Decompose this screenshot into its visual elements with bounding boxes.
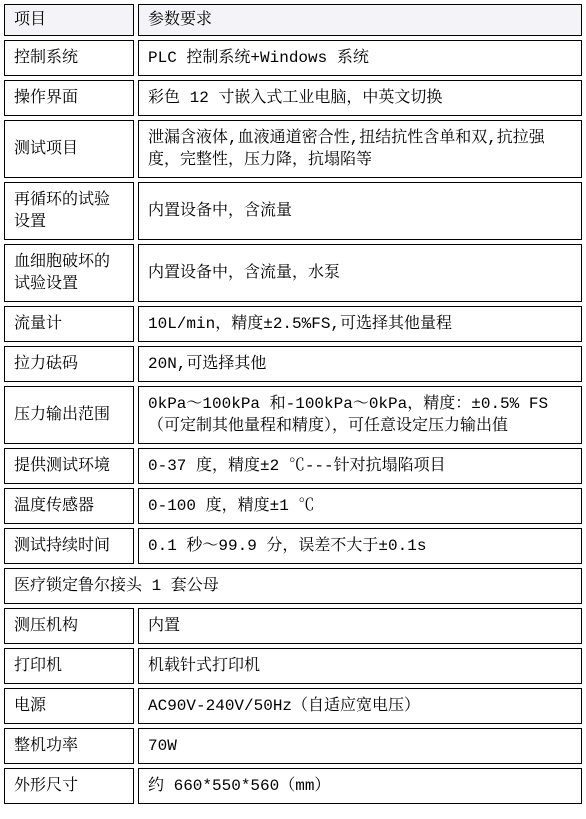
table-row: 血细胞破坏的试验设置 内置设备中，含流量，水泵 [4,244,582,302]
value-cell: 约 660*550*560（mm） [138,768,582,804]
item-cell: 流量计 [4,306,134,342]
item-cell: 操作界面 [4,80,134,116]
table-row: 操作界面 彩色 12 寸嵌入式工业电脑，中英文切换 [4,80,582,116]
table-row: 打印机 机载针式打印机 [4,648,582,684]
full-width-cell: 医疗锁定鲁尔接头 1 套公母 [4,568,582,604]
value-cell: 内置 [138,608,582,644]
table-row: 流量计 10L/min，精度±2.5%FS,可选择其他量程 [4,306,582,342]
table-row: 温度传感器 0-100 度，精度±1 ℃ [4,488,582,524]
value-cell: 0.1 秒～99.9 分，误差不大于±0.1s [138,528,582,564]
value-cell: 0-37 度，精度±2 ℃---针对抗塌陷项目 [138,448,582,484]
value-cell: 10L/min，精度±2.5%FS,可选择其他量程 [138,306,582,342]
item-cell: 拉力砝码 [4,346,134,382]
table-row: 提供测试环境 0-37 度，精度±2 ℃---针对抗塌陷项目 [4,448,582,484]
value-cell: 泄漏含液体,血液通道密合性,扭结抗性含单和双,抗拉强度，完整性，压力降，抗塌陷等 [138,120,582,178]
item-cell: 整机功率 [4,728,134,764]
item-cell: 电源 [4,688,134,724]
value-cell: 20N,可选择其他 [138,346,582,382]
table-row: 压力输出范围 0kPa～100kPa 和-100kPa～0kPa，精度：±0.5… [4,386,582,444]
item-cell: 压力输出范围 [4,386,134,444]
table-row: 再循环的试验设置 内置设备中，含流量 [4,182,582,240]
value-cell: 彩色 12 寸嵌入式工业电脑，中英文切换 [138,80,582,116]
item-cell: 温度传感器 [4,488,134,524]
table-row: 测压机构 内置 [4,608,582,644]
value-cell: 内置设备中，含流量 [138,182,582,240]
table-row: 控制系统 PLC 控制系统+Windows 系统 [4,40,582,76]
table-row: 拉力砝码 20N,可选择其他 [4,346,582,382]
item-cell: 打印机 [4,648,134,684]
header-item-cell: 项目 [4,4,134,36]
table-row: 整机功率 70W [4,728,582,764]
spec-table: 项目 参数要求 控制系统 PLC 控制系统+Windows 系统 操作界面 彩色… [0,0,586,808]
item-cell: 提供测试环境 [4,448,134,484]
table-row: 外形尺寸 约 660*550*560（mm） [4,768,582,804]
item-cell: 测压机构 [4,608,134,644]
item-cell: 测试持续时间 [4,528,134,564]
value-cell: PLC 控制系统+Windows 系统 [138,40,582,76]
header-row: 项目 参数要求 [4,4,582,36]
value-cell: 70W [138,728,582,764]
header-value-cell: 参数要求 [138,4,582,36]
value-cell: 0kPa～100kPa 和-100kPa～0kPa，精度：±0.5% FS（可定… [138,386,582,444]
full-width-row: 医疗锁定鲁尔接头 1 套公母 [4,568,582,604]
table-row: 电源 AC90V-240V/50Hz（自适应宽电压） [4,688,582,724]
value-cell: AC90V-240V/50Hz（自适应宽电压） [138,688,582,724]
item-cell: 血细胞破坏的试验设置 [4,244,134,302]
value-cell: 0-100 度，精度±1 ℃ [138,488,582,524]
item-cell: 测试项目 [4,120,134,178]
item-cell: 再循环的试验设置 [4,182,134,240]
item-cell: 控制系统 [4,40,134,76]
table-row: 测试持续时间 0.1 秒～99.9 分，误差不大于±0.1s [4,528,582,564]
item-cell: 外形尺寸 [4,768,134,804]
value-cell: 机载针式打印机 [138,648,582,684]
table-row: 测试项目 泄漏含液体,血液通道密合性,扭结抗性含单和双,抗拉强度，完整性，压力降… [4,120,582,178]
value-cell: 内置设备中，含流量，水泵 [138,244,582,302]
